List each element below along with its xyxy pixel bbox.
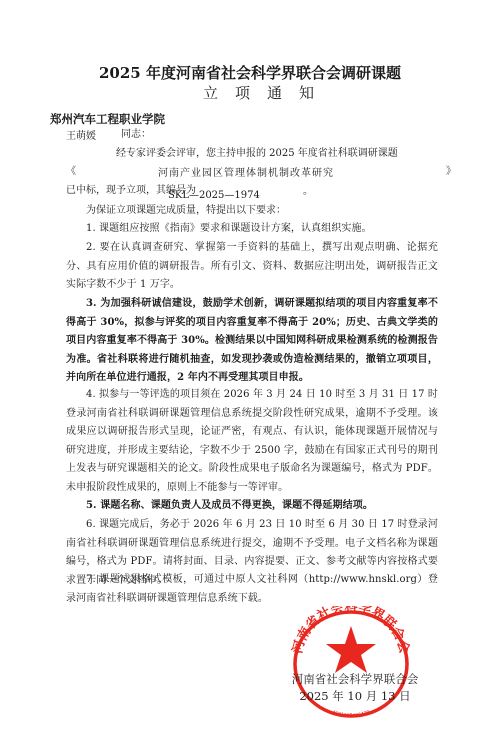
project-title: 河南产业园区管理体制机制改革研究 [158, 165, 334, 183]
requirement-5: 5. 课题名称、课题负责人及成员不得更换，课题不得延期结项。 [66, 497, 438, 516]
document-subtitle: 立项通知 [0, 82, 500, 103]
requirements-intro: 为保证立项课题完成质量，特提出以下要求： [86, 202, 286, 220]
requirement-2: 2. 要在认真调查研究、掌握第一手资料的基础上，撰写出观点明确、论据充分、具有应… [66, 239, 438, 295]
close-bracket: 》 [446, 163, 456, 181]
requirement-3: 3. 为加强科研诚信建设，鼓励学术创新，调研课题拟结项的项目内容重复率不得高于 … [66, 295, 438, 388]
requirement-7: 7. 课题成果格式模板，可通过中原人文社科网（http://www.hnskl.… [66, 571, 438, 608]
seal-serial: 4101088406429 [331, 709, 371, 718]
svg-text:4101088406429: 4101088406429 [331, 709, 371, 718]
document-title: 2025 年度河南省社会科学界联合会调研课题 [0, 62, 500, 83]
issuer-name: 河南省社会科学界联合会 [280, 671, 430, 687]
salutation: 同志： [121, 126, 151, 144]
open-bracket: 《 [66, 163, 76, 181]
recipient-name: 王萌媛 [66, 128, 96, 146]
approval-period: 。 [303, 183, 313, 201]
recipient-organization: 郑州汽车工程职业学院 [50, 111, 165, 127]
intro-line: 经专家评委会评审，您主持申报的 2025 年度省社科联调研课题 [116, 145, 398, 163]
requirement-4: 4. 拟参与一等评选的项目须在 2026 年 3 月 24 日 10 时至 3 … [66, 386, 438, 497]
requirement-1: 1. 课题组应按照《指南》要求和课题设计方案，认真组织实施。 [66, 220, 438, 239]
issue-date: 2025 年 10 月 13 日 [280, 688, 430, 704]
